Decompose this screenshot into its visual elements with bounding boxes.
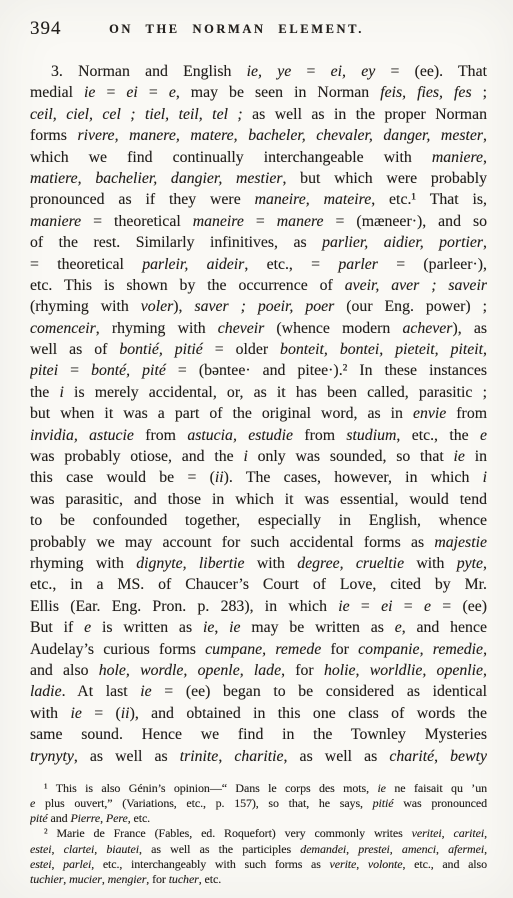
text-line: the i is merely accidental, or, as it ha…	[30, 382, 487, 403]
text-line: rhyming with dignyte, libertie with degr…	[30, 553, 487, 574]
footnote-line: ² Marie de France (Fables, ed. Roquefort…	[30, 826, 487, 841]
text-line: was probably otiose, and the i only was …	[30, 446, 487, 467]
text-line: of the rest. Similarly infinitives, as p…	[30, 232, 487, 253]
text-line: forms rivere, manere, matere, bacheler, …	[30, 125, 487, 146]
text-line: pronounced as if they were maneire, mate…	[30, 189, 487, 210]
footnote-line: pité and Pierre, Pere, etc.	[30, 811, 487, 826]
footnotes: ¹ This is also Génin’s opinion—“ Dans le…	[30, 781, 487, 887]
text-line: Audelay’s curious forms cumpane, remede …	[30, 639, 487, 660]
text-line: But if e is written as ie, ie may be wri…	[30, 617, 487, 638]
text-line: etc. This is shown by the occurrence of …	[30, 275, 487, 296]
running-header: 394 ON THE NORMAN ELEMENT.	[30, 18, 483, 40]
running-title: ON THE NORMAN ELEMENT.	[30, 22, 443, 37]
text-line: = theoretical parleir, aideir, etc., = p…	[30, 254, 487, 275]
text-line: matiere, bachelier, dangier, mestier, bu…	[30, 168, 487, 189]
text-line: comenceir, rhyming with cheveir (whence …	[30, 318, 487, 339]
text-line: Ellis (Ear. Eng. Pron. p. 283), in which…	[30, 596, 487, 617]
book-page-scan: 394 ON THE NORMAN ELEMENT. 3. Norman and…	[0, 0, 513, 898]
text-line: probably we may account for such acciden…	[30, 532, 487, 553]
text-line: invidia, astucie from astucia, estudie f…	[30, 425, 487, 446]
text-line: with ie = (ii), and obtained in this one…	[30, 703, 487, 724]
text-line: and also hole, wordle, openle, lade, for…	[30, 660, 487, 681]
text-line: 3. Norman and English ie, ye = ei, ey = …	[30, 61, 487, 82]
text-line: this case would be = (ii). The cases, ho…	[30, 467, 487, 488]
text-line: medial ie = ei = e, may be seen in Norma…	[30, 82, 487, 103]
text-line: was parasitic, and those in which it was…	[30, 489, 487, 510]
footnote-line: estei, parlei, etc., interchangeably wit…	[30, 857, 487, 872]
footnote-line: e plus ouvert,” (Variations, etc., p. 15…	[30, 796, 487, 811]
text-line: but when it was a part of the original w…	[30, 403, 487, 424]
text-line: same sound. Hence we find in the Townley…	[30, 724, 487, 745]
footnote-1: ¹ This is also Génin’s opinion—“ Dans le…	[30, 781, 487, 827]
text-line: ladie. At last ie = (ee) began to be con…	[30, 681, 487, 702]
text-line: well as of bontié, pitié = older bonteit…	[30, 339, 487, 360]
footnote-line: tuchier, mucier, mengier, for tucher, et…	[30, 872, 487, 887]
text-line: trynyty, as well as trinite, charitie, a…	[30, 746, 487, 767]
text-line: ceil, ciel, cel ; tiel, teil, tel ; as w…	[30, 104, 487, 125]
text-line: (rhyming with voler), saver ; poeir, poe…	[30, 296, 487, 317]
text-line: pitei = bonté, pité = (bəntee· and pitee…	[30, 360, 487, 381]
footnote-line: estei, clartei, biautei, as well as the …	[30, 842, 487, 857]
footnote-line: ¹ This is also Génin’s opinion—“ Dans le…	[30, 781, 487, 796]
text-line: maniere = theoretical maneire = manere =…	[30, 211, 487, 232]
text-line: which we find continually interchangeabl…	[30, 147, 487, 168]
footnote-2: ² Marie de France (Fables, ed. Roquefort…	[30, 826, 487, 887]
text-line: to be confounded together, especially in…	[30, 510, 487, 531]
body-text: 3. Norman and English ie, ye = ei, ey = …	[30, 61, 487, 767]
text-line: etc., in a MS. of Chaucer’s Court of Lov…	[30, 574, 487, 595]
